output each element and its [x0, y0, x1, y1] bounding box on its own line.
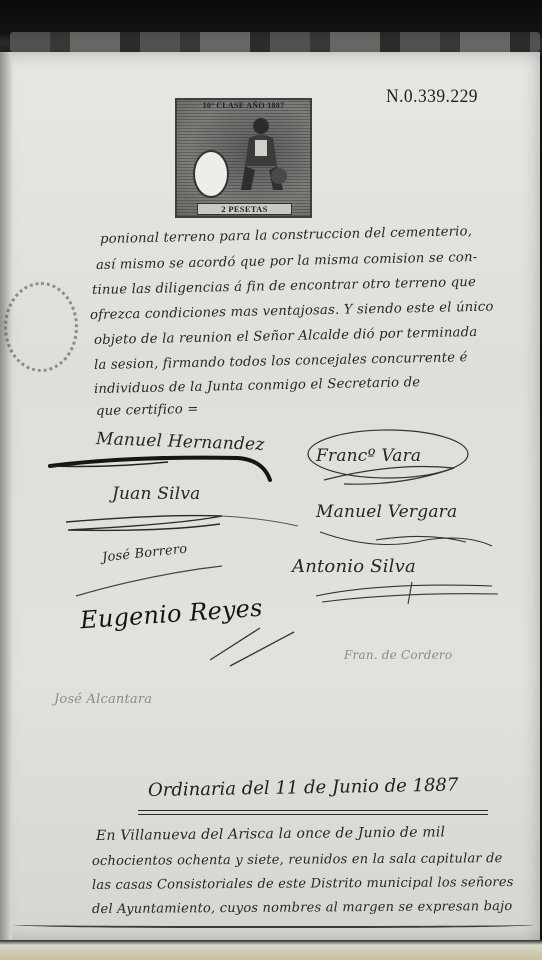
- signature-faint: Fran. de Cordero: [344, 648, 452, 662]
- frame-bottom: [0, 940, 542, 960]
- signature: Manuel Vergara: [316, 502, 457, 522]
- stamp-value: 2 PESETAS: [197, 203, 292, 215]
- signature-flourish: [62, 512, 302, 542]
- stamp-oval-icon: [193, 150, 229, 198]
- text-line: ochocientos ochenta y siete, reunidos en…: [92, 851, 503, 869]
- signature: Antonio Silva: [292, 556, 416, 577]
- faded-seal: [4, 282, 78, 372]
- text-line: que certifico =: [96, 402, 199, 419]
- torn-paper-edge: [10, 32, 540, 52]
- text-line: las casas Consistoriales de este Distrit…: [92, 875, 514, 893]
- page-bottom-edge: [14, 920, 534, 928]
- revenue-stamp: 10ª CLASE AÑO 1887 2 PESETAS: [175, 98, 312, 218]
- certificate-number: N.0.339.229: [386, 86, 478, 108]
- text-line: del Ayuntamiento, cuyos nombres al marge…: [92, 899, 512, 917]
- signature-flourish: [312, 578, 502, 606]
- heading-underline: [138, 810, 488, 811]
- signature-flourish: [190, 620, 310, 670]
- heading-underline: [138, 814, 488, 815]
- signature-flourish: [48, 452, 278, 488]
- signature-flourish: [316, 526, 496, 556]
- stamp-class-year: 10ª CLASE AÑO 1887: [177, 101, 310, 110]
- signature: Francº Vara: [316, 446, 421, 466]
- signature-flourish: [72, 560, 232, 600]
- seated-figure-icon: [229, 114, 289, 196]
- signature-faint: José Alcantara: [54, 692, 152, 707]
- signature: Juan Silva: [112, 484, 201, 504]
